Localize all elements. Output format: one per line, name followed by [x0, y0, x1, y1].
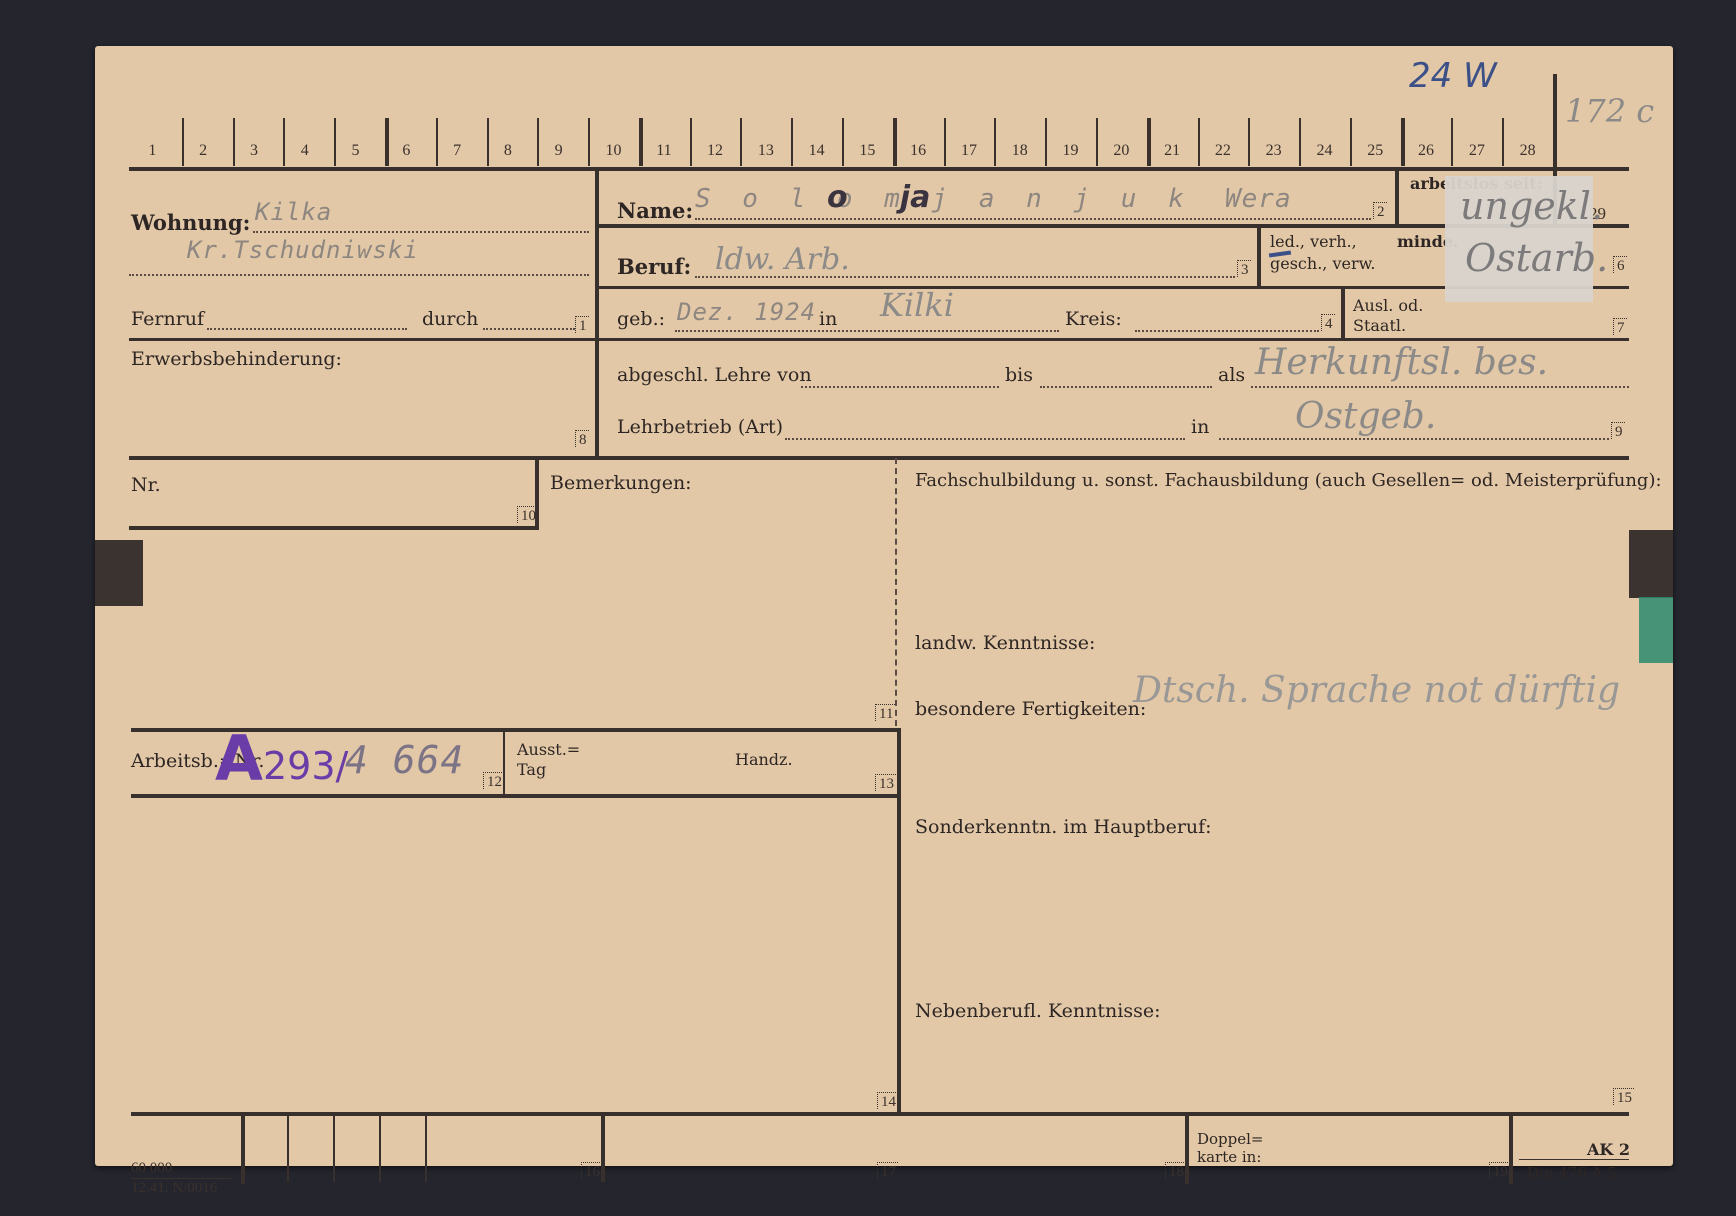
- ruler-number: 14: [809, 142, 825, 160]
- born-in-label: in: [819, 308, 837, 330]
- via-label: durch: [422, 308, 478, 330]
- company-label: Lehrbetrieb (Art): [617, 416, 783, 438]
- field-number-7: 7: [1613, 318, 1627, 335]
- field-number-6: 6: [1613, 256, 1627, 273]
- name-label: Name:: [617, 198, 693, 223]
- profession-label: Beruf:: [617, 254, 691, 279]
- ruler-number: 6: [402, 142, 410, 160]
- field-number-3: 3: [1237, 260, 1251, 277]
- field-number-4: 4: [1321, 314, 1335, 331]
- din-code: Din 476 A 5: [1527, 1164, 1617, 1182]
- ruler-number: 18: [1012, 142, 1028, 160]
- ruler-number: 9: [555, 142, 563, 160]
- ruler-number: 28: [1520, 142, 1536, 160]
- ruler-number: 5: [352, 142, 360, 160]
- print-code: 12.41. N/0016: [131, 1180, 217, 1197]
- ruler-tick: [436, 118, 438, 166]
- workbook-typed-number: 4 664: [345, 738, 464, 782]
- training-label: Fachschulbildung u. sonst. Fachausbildun…: [915, 470, 1662, 491]
- phone-label: Fernruf: [131, 308, 204, 330]
- address-label: Wohnung:: [131, 210, 250, 235]
- ruler-tick: [182, 118, 184, 166]
- ruler-number: 2: [199, 142, 207, 160]
- ruler-tick: [385, 118, 389, 166]
- citizenship-line-1: Ausl. od.: [1353, 296, 1423, 315]
- ruler-number: 24: [1316, 142, 1332, 160]
- ruler-number: 7: [453, 142, 461, 160]
- ruler-number: 27: [1469, 142, 1485, 160]
- ruler-tick: [944, 118, 946, 166]
- disability-label: Erwerbsbehinderung:: [131, 348, 342, 370]
- ruler-tick: [1451, 118, 1453, 166]
- field-number-8: 8: [575, 430, 589, 447]
- field-number-19: 19: [1489, 1162, 1510, 1179]
- field-number-9: 9: [1611, 422, 1625, 439]
- ruler-tick: [233, 118, 235, 166]
- field-number-13: 13: [875, 774, 896, 791]
- field-number-18: 18: [1165, 1162, 1186, 1179]
- company-in-value: Ostgeb.: [1295, 396, 1436, 437]
- ruler-number: 26: [1418, 142, 1434, 160]
- field-number-11: 11: [875, 704, 895, 721]
- ruler-number: 1: [148, 142, 156, 160]
- ruler-number: 4: [301, 142, 309, 160]
- ruler-tick: [334, 118, 336, 166]
- remarks-label: Bemerkungen:: [550, 472, 692, 494]
- ruler-tick: [1299, 118, 1301, 166]
- ruler-tick: [1096, 118, 1098, 166]
- print-run: 60 000: [131, 1160, 172, 1177]
- marital-line-2: gesch., verw.: [1270, 254, 1375, 273]
- until-label: bis: [1005, 364, 1033, 386]
- ruler-number: 25: [1367, 142, 1383, 160]
- main-job-knowledge-label: Sonderkenntn. im Hauptberuf:: [915, 816, 1212, 838]
- apprenticeship-label: abgeschl. Lehre von: [617, 364, 812, 386]
- right-edge-tab: [1629, 530, 1673, 598]
- ruler-number: 3: [250, 142, 258, 160]
- ruler-tick: [1045, 118, 1047, 166]
- marital-line-1: led., verh.,: [1270, 232, 1357, 251]
- ruler-tick: [1198, 118, 1200, 166]
- as-value: Herkunftsl. bes.: [1255, 342, 1548, 383]
- ruler-tick: [639, 118, 643, 166]
- ruler-tick: [1350, 118, 1352, 166]
- as-label: als: [1218, 364, 1245, 386]
- field-number-17: 17: [877, 1162, 898, 1179]
- field-number-14: 14: [877, 1092, 898, 1109]
- ruler-number: 8: [504, 142, 512, 160]
- workbook-stamp-letter: A: [215, 722, 263, 795]
- ruler-tick: [690, 118, 692, 166]
- ruler-number: 22: [1215, 142, 1231, 160]
- ruler-tick: [588, 118, 590, 166]
- ruler-tick: [994, 118, 996, 166]
- address-line-2: Kr.Tschudniwski: [187, 236, 419, 264]
- issued-label-2: Tag: [517, 760, 546, 779]
- ruler-number: 17: [961, 142, 977, 160]
- ruler-tick: [842, 118, 844, 166]
- field-number-16: 16: [581, 1162, 602, 1179]
- ruler-number: 11: [656, 142, 671, 160]
- ruler-tick: [487, 118, 489, 166]
- issued-label-1: Ausst.=: [517, 740, 580, 759]
- initials-label: Handz.: [735, 750, 793, 769]
- index-card: 1234567891011121314151617181920212223242…: [95, 46, 1673, 1166]
- company-in-label: in: [1191, 416, 1209, 438]
- tape-note-line-2: Ostarb.: [1465, 236, 1608, 280]
- left-edge-tab: [95, 540, 143, 606]
- citizenship-line-2: Staatl.: [1353, 316, 1406, 335]
- profession-value: ldw. Arb.: [715, 242, 850, 277]
- ruler-tick: [791, 118, 793, 166]
- ruler-number: 23: [1266, 142, 1282, 160]
- surname-typed: S o l o m j a n j u k: [695, 184, 1192, 214]
- ruler-tick: [537, 118, 539, 166]
- ruler-number: 10: [605, 142, 621, 160]
- first-name-typed: Wera: [1225, 184, 1292, 214]
- side-job-knowledge-label: Nebenberufl. Kenntnisse:: [915, 1000, 1161, 1022]
- surname-correction: o ja: [827, 180, 930, 215]
- ruler-tick: [740, 118, 742, 166]
- ruler-number: 16: [910, 142, 926, 160]
- agri-knowledge-label: landw. Kenntnisse:: [915, 632, 1095, 654]
- corner-pencil-note: 172 c: [1565, 92, 1654, 130]
- field-number-15: 15: [1613, 1088, 1634, 1105]
- special-skills-value: Dtsch. Sprache not dürftig: [1133, 670, 1620, 711]
- field-number-1: 1: [575, 316, 589, 333]
- blue-annotation: 24 W: [1409, 56, 1497, 96]
- remarks-dashed-divider: [895, 458, 897, 726]
- ruler-number: 19: [1063, 142, 1079, 160]
- workbook-stamp-number: 293/: [263, 744, 348, 788]
- born-value: Dez. 1924: [677, 298, 816, 326]
- ruler-tick: [893, 118, 897, 166]
- district-label: Kreis:: [1065, 308, 1122, 330]
- ruler-number: 13: [758, 142, 774, 160]
- ruler-tick: [1147, 118, 1151, 166]
- ruler-tick: [1401, 118, 1405, 166]
- ruler-tick: [283, 118, 285, 166]
- special-skills-label: besondere Fertigkeiten:: [915, 698, 1146, 720]
- duplicate-label-2: karte in:: [1197, 1148, 1261, 1166]
- ruler-number: 21: [1164, 142, 1180, 160]
- field-number-12: 12: [483, 772, 504, 789]
- number-label: Nr.: [131, 474, 161, 496]
- green-signal-tab: [1639, 597, 1673, 663]
- ruler-tick: [1248, 118, 1250, 166]
- born-label: geb.:: [617, 308, 665, 330]
- field-number-2: 2: [1373, 202, 1387, 219]
- ruler-tick: [1502, 118, 1504, 166]
- ruler-number: 20: [1113, 142, 1129, 160]
- ruler-number: 15: [859, 142, 875, 160]
- ruler-number: 12: [707, 142, 723, 160]
- tape-note-line-1: ungekl.: [1460, 184, 1603, 228]
- form-code: AK 2: [1587, 1140, 1630, 1159]
- born-in-value: Kilki: [880, 286, 954, 324]
- duplicate-label-1: Doppel=: [1197, 1130, 1264, 1148]
- address-line-1: Kilka: [255, 198, 332, 226]
